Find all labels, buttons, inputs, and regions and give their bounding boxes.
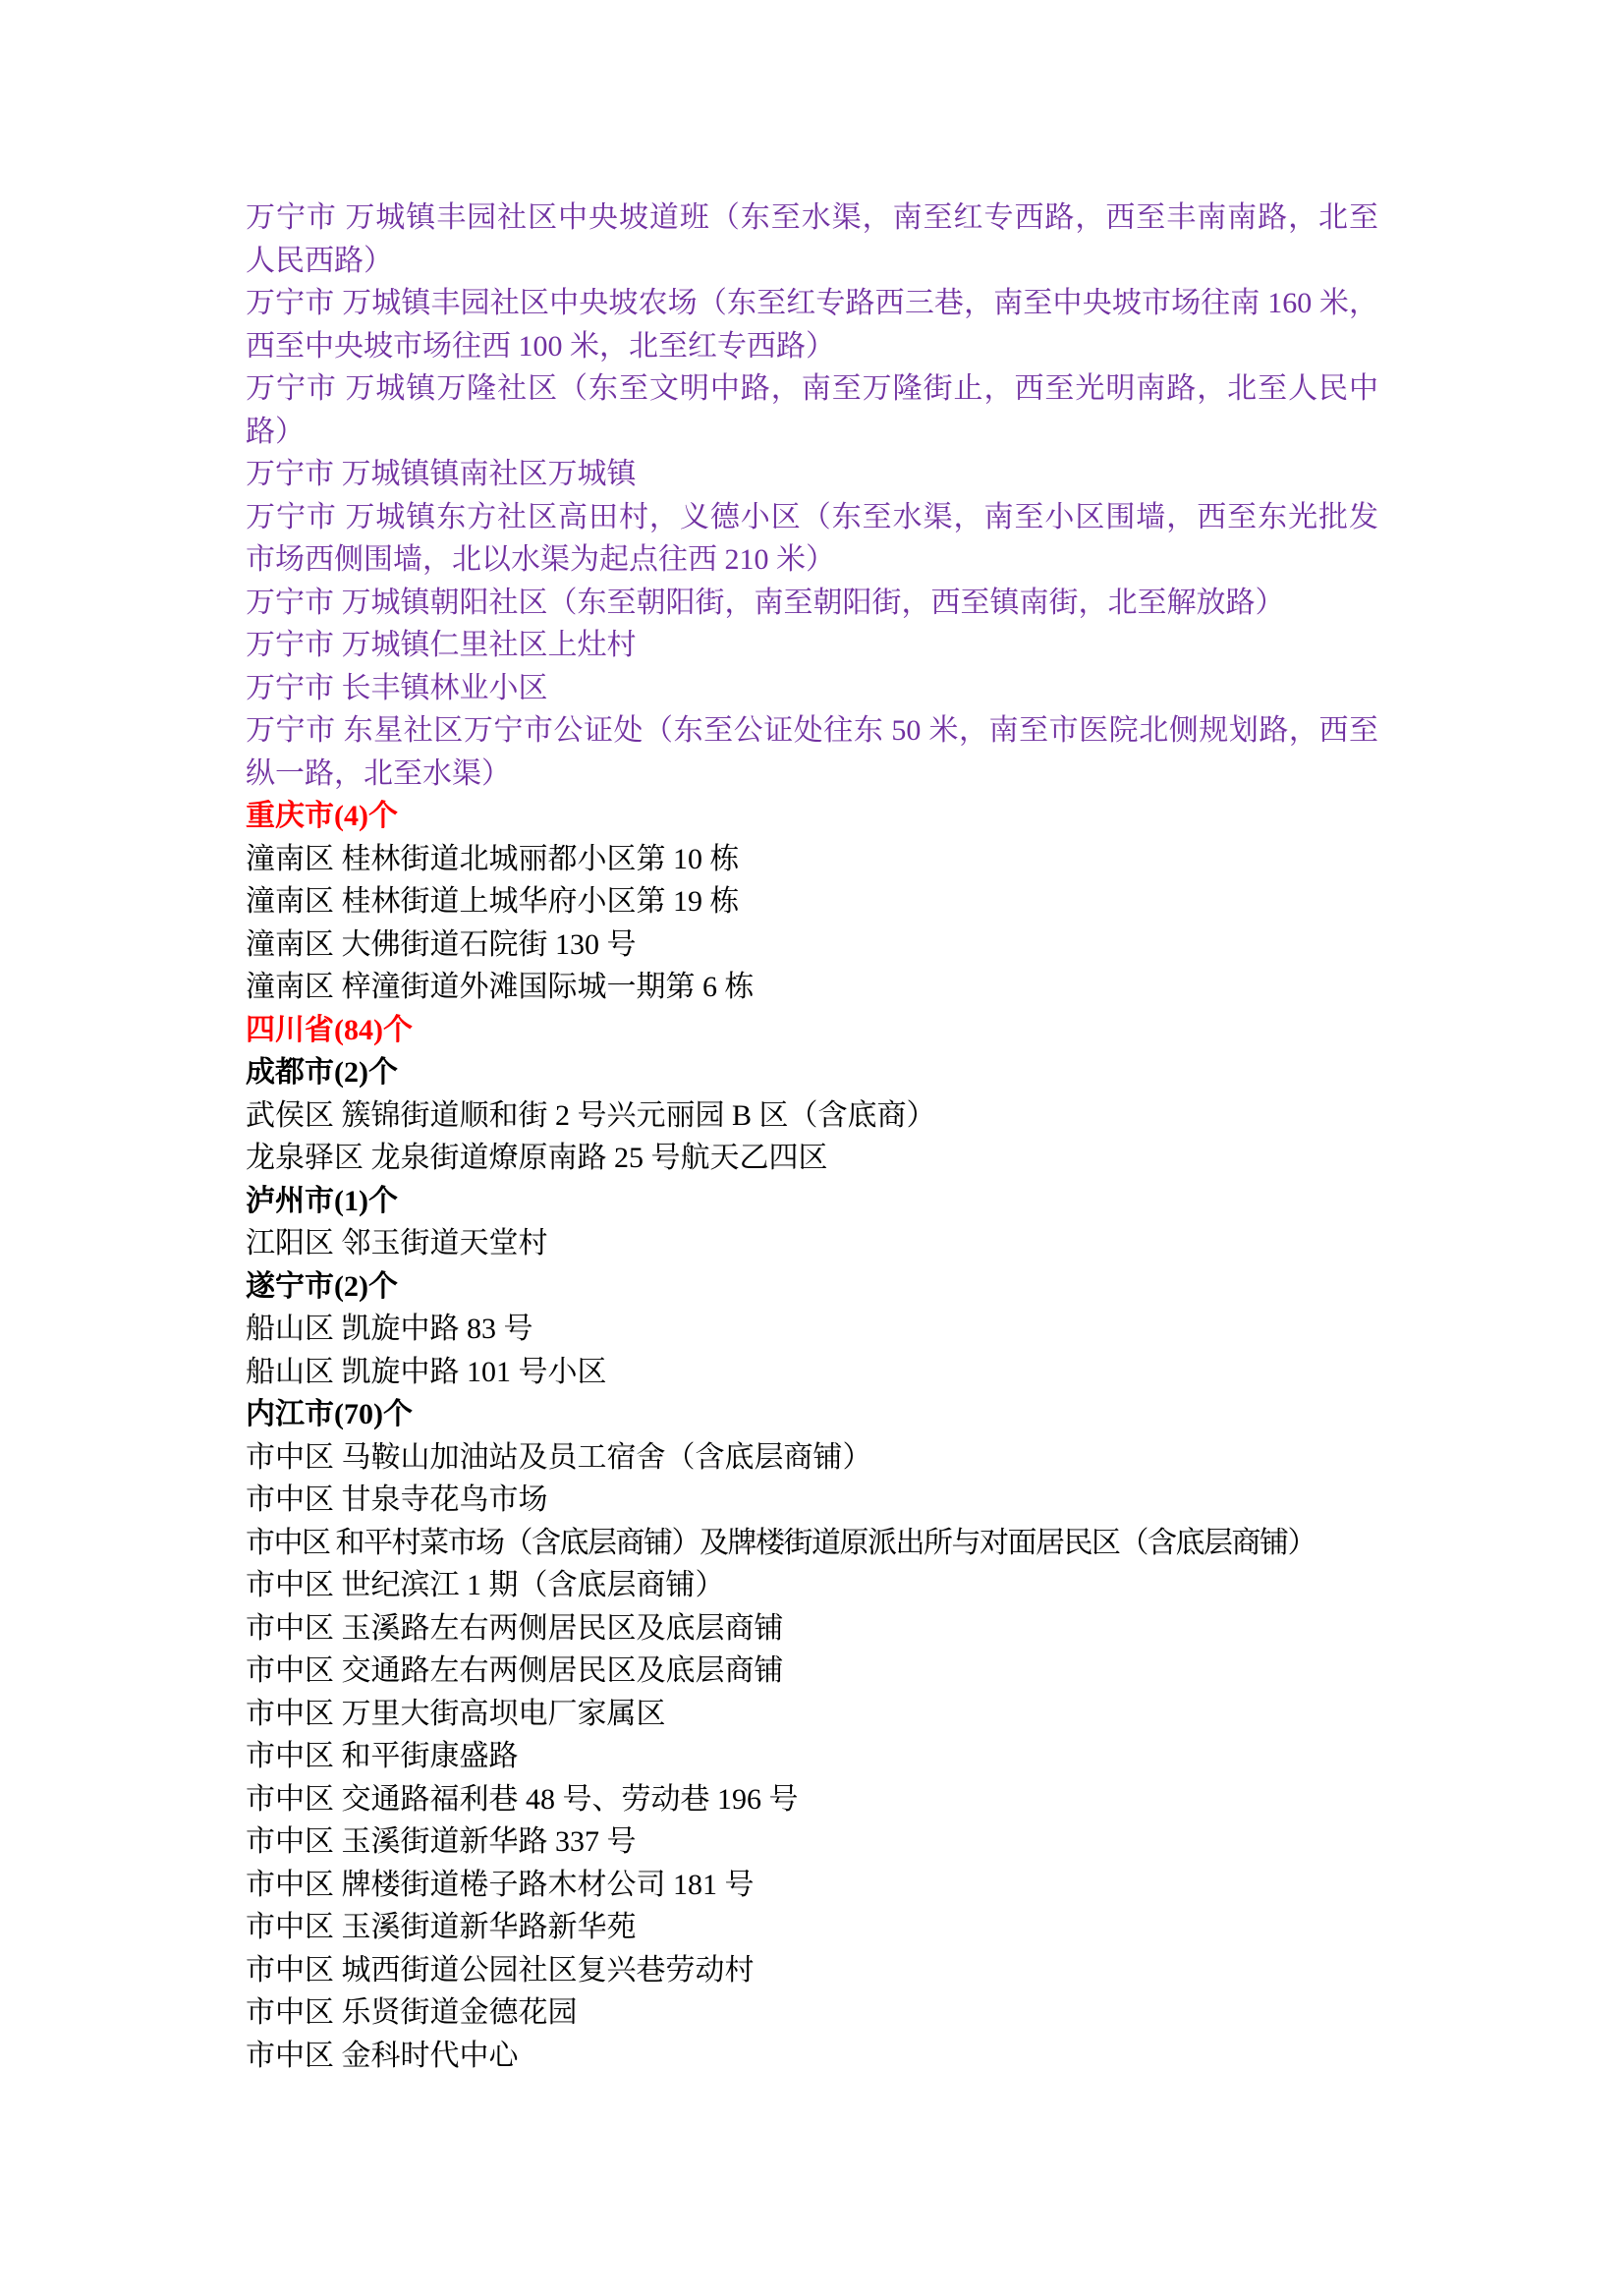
address-line: 万宁市 万城镇朝阳社区（东至朝阳街，南至朝阳街，西至镇南街，北至解放路）	[246, 582, 1378, 625]
address-line: 市中区 和平街康盛路	[246, 1735, 1378, 1778]
address-line: 市中区 世纪滨江 1 期（含底层商铺）	[246, 1564, 1378, 1607]
address-line: 纵一路，北至水渠）	[246, 753, 1378, 796]
province-header-line: 重庆市(4)个	[246, 795, 1378, 838]
address-line: 市中区 玉溪街道新华路 337 号	[246, 1820, 1378, 1864]
address-line: 万宁市 万城镇丰园社区中央坡农场（东至红专路西三巷，南至中央坡市场往南 160 …	[246, 282, 1378, 325]
city-header-line: 泸州市(1)个	[246, 1180, 1378, 1223]
address-line: 万宁市 万城镇丰园社区中央坡道班（东至水渠，南至红专西路，西至丰南南路，北至	[246, 196, 1378, 240]
address-line: 市中区 城西街道公园社区复兴巷劳动村	[246, 1949, 1378, 1992]
address-line: 市中区 和平村菜市场（含底层商铺）及牌楼街道原派出所与对面居民区（含底层商铺）	[246, 1522, 1378, 1565]
address-line: 万宁市 万城镇仁里社区上灶村	[246, 624, 1378, 667]
address-line: 市中区 牌楼街道棬子路木材公司 181 号	[246, 1864, 1378, 1907]
address-line: 市中区 马鞍山加油站及员工宿舍（含底层商铺）	[246, 1436, 1378, 1480]
address-line: 万宁市 万城镇镇南社区万城镇	[246, 453, 1378, 496]
address-line: 市中区 玉溪路左右两侧居民区及底层商铺	[246, 1607, 1378, 1651]
address-line: 市中区 乐贤街道金德花园	[246, 1991, 1378, 2035]
city-header-line: 成都市(2)个	[246, 1051, 1378, 1094]
address-line: 潼南区 梓潼街道外滩国际城一期第 6 栋	[246, 966, 1378, 1009]
address-line: 潼南区 桂林街道北城丽都小区第 10 栋	[246, 838, 1378, 881]
address-line: 万宁市 东星社区万宁市公证处（东至公证处往东 50 米，南至市医院北侧规划路，西…	[246, 709, 1378, 753]
address-line: 路）	[246, 411, 1378, 454]
address-line: 市中区 万里大街高坝电厂家属区	[246, 1693, 1378, 1736]
address-line: 万宁市 万城镇万隆社区（东至文明中路，南至万隆街止，西至光明南路，北至人民中	[246, 367, 1378, 411]
address-line: 市中区 甘泉寺花鸟市场	[246, 1479, 1378, 1522]
address-line: 市中区 交通路左右两侧居民区及底层商铺	[246, 1650, 1378, 1693]
address-line: 船山区 凯旋中路 83 号	[246, 1308, 1378, 1351]
address-line: 潼南区 大佛街道石院街 130 号	[246, 924, 1378, 967]
address-line: 江阳区 邻玉街道天堂村	[246, 1222, 1378, 1265]
address-line: 万宁市 长丰镇林业小区	[246, 667, 1378, 710]
document-page: 万宁市 万城镇丰园社区中央坡道班（东至水渠，南至红专西路，西至丰南南路，北至人民…	[0, 0, 1624, 2295]
address-line: 武侯区 簇锦街道顺和街 2 号兴元丽园 B 区（含底商）	[246, 1094, 1378, 1138]
city-header-line: 内江市(70)个	[246, 1393, 1378, 1436]
address-line: 人民西路）	[246, 240, 1378, 283]
address-line: 市中区 交通路福利巷 48 号、劳动巷 196 号	[246, 1778, 1378, 1821]
city-header-line: 遂宁市(2)个	[246, 1265, 1378, 1309]
address-line: 潼南区 桂林街道上城华府小区第 19 栋	[246, 880, 1378, 924]
address-line: 龙泉驿区 龙泉街道燎原南路 25 号航天乙四区	[246, 1137, 1378, 1180]
address-line: 西至中央坡市场往西 100 米，北至红专西路）	[246, 325, 1378, 368]
address-line: 市中区 金科时代中心	[246, 2035, 1378, 2078]
address-line: 市场西侧围墙，北以水渠为起点往西 210 米）	[246, 538, 1378, 582]
address-line: 船山区 凯旋中路 101 号小区	[246, 1351, 1378, 1394]
address-line: 市中区 玉溪街道新华路新华苑	[246, 1906, 1378, 1949]
address-line: 万宁市 万城镇东方社区高田村，义德小区（东至水渠，南至小区围墙，西至东光批发	[246, 496, 1378, 539]
province-header-line: 四川省(84)个	[246, 1009, 1378, 1052]
